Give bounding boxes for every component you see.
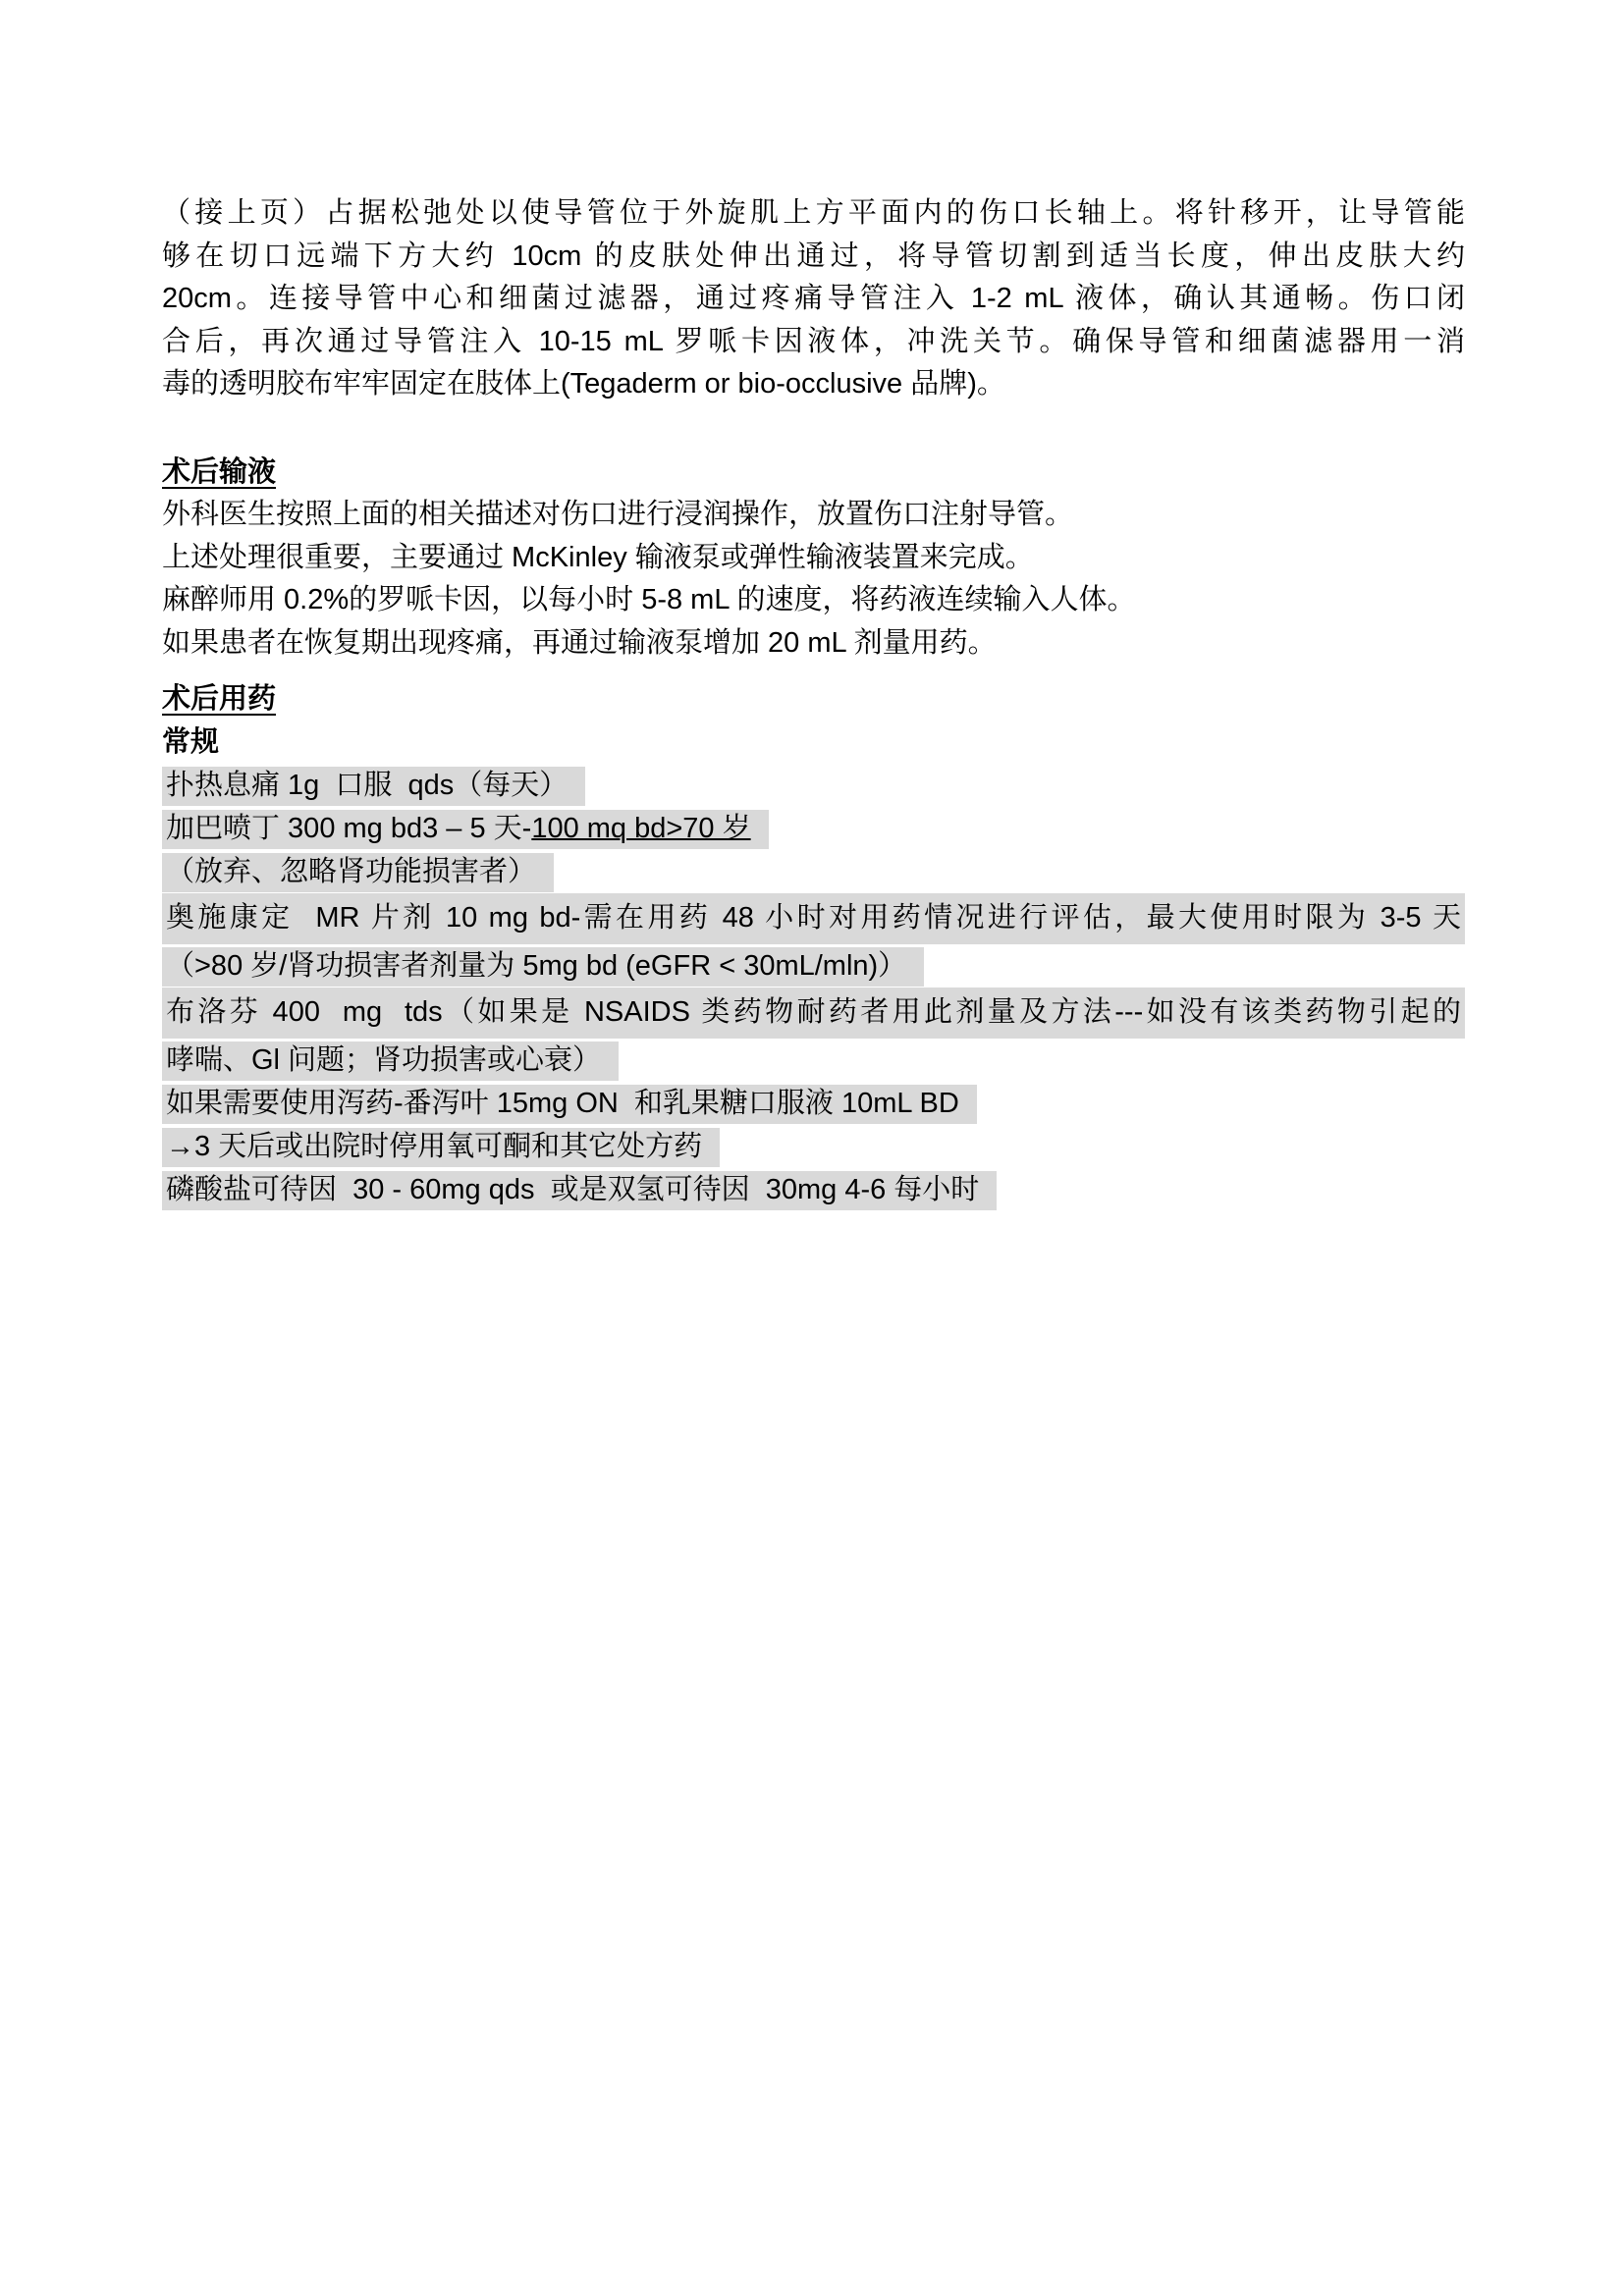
medication-item-renal-note: （放弃、忽略肾功能损害者）: [162, 850, 1465, 893]
highlighted-text: 奥施康定 MR 片剂 10 mg bd-需在用药 48 小时对用药情况进行评估，…: [162, 893, 1465, 944]
infusion-line-1: 外科医生按照上面的相关描述对伤口进行浸润操作，放置伤口注射导管。: [162, 494, 1465, 537]
medication-item-codeine: 磷酸盐可待因 30 - 60mg qds 或是双氢可待因 30mg 4-6 每小…: [162, 1168, 1465, 1211]
intro-line-4: 合后，再次通过导管注入 10-15 mL 罗哌卡因液体，冲洗关节。确保导管和细菌…: [162, 321, 1465, 364]
highlighted-text: 扑热息痛 1g 口服 qds（每天）: [162, 767, 585, 806]
medication-item-ibuprofen-line1: 布洛芬 400 mg tds（如果是 NSAIDS 类药物耐药者用此剂量及方法-…: [162, 988, 1465, 1039]
highlighted-text: 加巴喷丁 300 mg bd3 – 5 天-100 mq bd>70 岁: [162, 810, 769, 849]
medication-item-stop-oxycodone: →3 天后或出院时停用氧可酮和其它处方药: [162, 1125, 1465, 1168]
intro-line-1: （接上页）占据松弛处以使导管位于外旋肌上方平面内的伤口长轴上。将针移开，让导管能: [162, 192, 1465, 236]
gabapentin-elderly-dose-underlined: 100 mq bd>70 岁: [531, 813, 750, 844]
section-heading-postop-infusion: 术后输液: [162, 452, 1465, 495]
intro-paragraph: （接上页）占据松弛处以使导管位于外旋肌上方平面内的伤口长轴上。将针移开，让导管能…: [162, 192, 1465, 406]
infusion-section: 外科医生按照上面的相关描述对伤口进行浸润操作，放置伤口注射导管。 上述处理很重要…: [162, 494, 1465, 665]
medication-item-gabapentin: 加巴喷丁 300 mg bd3 – 5 天-100 mq bd>70 岁: [162, 807, 1465, 850]
infusion-line-2: 上述处理很重要，主要通过 McKinley 输液泵或弹性输液装置来完成。: [162, 537, 1465, 580]
document-page: （接上页）占据松弛处以使导管位于外旋肌上方平面内的伤口长轴上。将针移开，让导管能…: [0, 0, 1624, 2296]
highlighted-text: 磷酸盐可待因 30 - 60mg qds 或是双氢可待因 30mg 4-6 每小…: [162, 1171, 997, 1210]
medication-subheading-routine: 常规: [162, 721, 1465, 765]
highlighted-text: →3 天后或出院时停用氧可酮和其它处方药: [162, 1128, 720, 1167]
medication-item-ibuprofen-line2: 哮喘、Gl 问题；肾功损害或心衰）: [162, 1039, 1465, 1082]
highlighted-text: （>80 岁/肾功损害者剂量为 5mg bd (eGFR < 30mL/mln)…: [162, 947, 924, 987]
gabapentin-dose-text: 加巴喷丁 300 mg bd3 – 5 天-: [166, 813, 531, 844]
highlighted-text: 哮喘、Gl 问题；肾功损害或心衰）: [162, 1041, 619, 1081]
section-heading-text: 术后用药: [162, 683, 276, 715]
infusion-line-3: 麻醉师用 0.2%的罗哌卡因，以每小时 5-8 mL 的速度，将药液连续输入人体…: [162, 579, 1465, 622]
intro-line-2: 够在切口远端下方大约 10cm 的皮肤处伸出通过，将导管切割到适当长度，伸出皮肤…: [162, 236, 1465, 279]
section-heading-postop-medication: 术后用药: [162, 678, 1465, 721]
intro-line-3: 20cm。连接导管中心和细菌过滤器，通过疼痛导管注入 1-2 mL 液体，确认其…: [162, 278, 1465, 321]
medication-item-oxycontin-elderly-note: （>80 岁/肾功损害者剂量为 5mg bd (eGFR < 30mL/mln)…: [162, 944, 1465, 988]
highlighted-text: （放弃、忽略肾功能损害者）: [162, 853, 554, 892]
infusion-line-4: 如果患者在恢复期出现疼痛，再通过输液泵增加 20 mL 剂量用药。: [162, 622, 1465, 666]
section-heading-text: 术后输液: [162, 456, 276, 488]
medication-item-oxycontin: 奥施康定 MR 片剂 10 mg bd-需在用药 48 小时对用药情况进行评估，…: [162, 893, 1465, 944]
intro-line-5: 毒的透明胶布牢牢固定在肢体上(Tegaderm or bio-occlusive…: [162, 363, 1465, 406]
highlighted-text: 布洛芬 400 mg tds（如果是 NSAIDS 类药物耐药者用此剂量及方法-…: [162, 988, 1465, 1039]
medication-item-laxative: 如果需要使用泻药-番泻叶 15mg ON 和乳果糖口服液 10mL BD: [162, 1082, 1465, 1125]
medication-item-paracetamol: 扑热息痛 1g 口服 qds（每天）: [162, 764, 1465, 807]
highlighted-text: 如果需要使用泻药-番泻叶 15mg ON 和乳果糖口服液 10mL BD: [162, 1085, 977, 1124]
medication-list: 扑热息痛 1g 口服 qds（每天） 加巴喷丁 300 mg bd3 – 5 天…: [162, 764, 1465, 1211]
